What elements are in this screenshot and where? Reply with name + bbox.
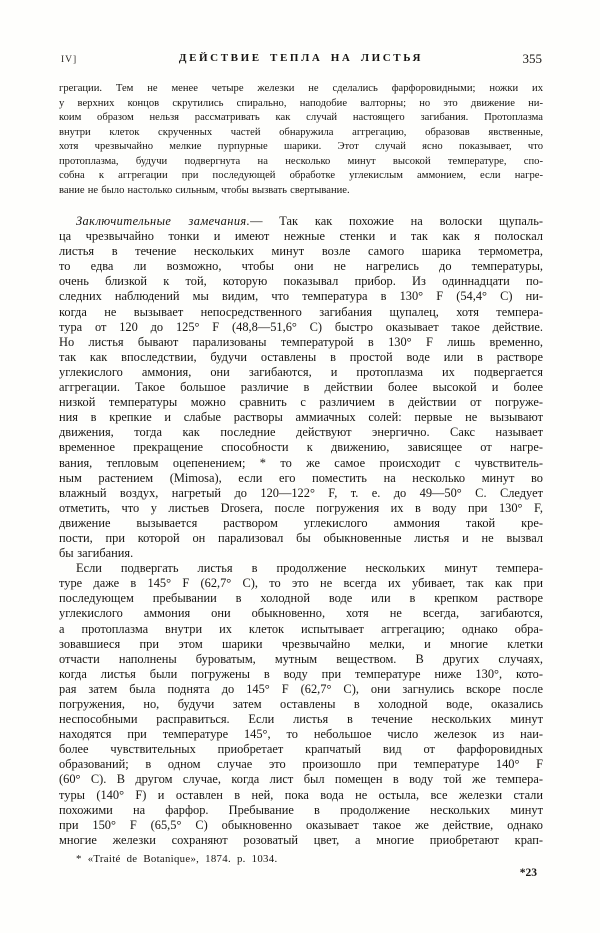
text-line: вание не было настолько сильным, чтобы в… (59, 184, 543, 199)
text-line: низкой температуры можно сравнить с разл… (59, 395, 543, 410)
text-line: следних наблюдений мы видим, что темпера… (59, 289, 543, 304)
text-line: коим образом нельзя рассматривать как сл… (59, 111, 543, 126)
page-number: 355 (523, 51, 543, 67)
text-line: движение вызывается раствором углекислог… (59, 516, 543, 531)
text-line: у верхних концов скрутились спирально, н… (59, 97, 543, 112)
text-line: Если подвергать листья в продолжение нес… (59, 561, 543, 576)
page-header: IV] ДЕЙСТВИЕ ТЕПЛА НА ЛИСТЬЯ 355 (59, 52, 543, 68)
text-line: ния в крепкие и слабые растворы аммиачны… (59, 410, 543, 425)
text-block: грегации. Тем не менее четыре железки не… (59, 82, 543, 848)
paragraph: грегации. Тем не менее четыре железки не… (59, 82, 543, 198)
text-line: ца чрезвычайно тонки и имеют нежные стен… (59, 229, 543, 244)
text-line: рая затем была поднята до 145° F (62,7° … (59, 682, 543, 697)
text-line: протоплазма, будучи подвергнута на неско… (59, 155, 543, 170)
text-line: хотя чрезвычайно мелкие пурпурные шарики… (59, 140, 543, 155)
text-line: когда листья были погружены в воду при т… (59, 667, 543, 682)
text-line: листья в течение нескольких минут возле … (59, 244, 543, 259)
text-line: находятся при температуре 145°, то небол… (59, 727, 543, 742)
text-line: внутри клеток скрученных частей обнаружи… (59, 126, 543, 141)
text-line: туры (140° F) и оставлен в ней, пока вод… (59, 788, 543, 803)
text-line: аггрегации. Такое большое различие в дей… (59, 380, 543, 395)
signature-mark: *23 (520, 867, 537, 879)
text-line: (60° C). В другом случае, когда лист был… (59, 772, 543, 787)
text-line: отметить, что у листьев Drosera, после п… (59, 501, 543, 516)
text-line: бы загибания. (59, 546, 543, 561)
text-line: неспособными расправиться. Если листья в… (59, 712, 543, 727)
text-line: собна к аггрегации при последующей обраб… (59, 169, 543, 184)
text-line: Заключительные замечания.— Так как похож… (59, 214, 543, 229)
text-line: углекислого аммония они обыкновенно, хот… (59, 606, 543, 621)
text-line: так как впоследствии, будучи оставлены в… (59, 350, 543, 365)
paragraph: Если подвергать листья в продолжение нес… (59, 561, 543, 848)
text-line: Но листья бывают парализованы температур… (59, 335, 543, 350)
text-line: пости, при которой он парализовал бы обы… (59, 531, 543, 546)
text-line: временное прекращение способности к движ… (59, 440, 543, 455)
text-line: когда не вызывает непосредственного заги… (59, 305, 543, 320)
paragraph: Заключительные замечания.— Так как похож… (59, 214, 543, 561)
footnote: * «Traité de Botanique», 1874. p. 1034. (76, 853, 277, 865)
text-line: то едва ли возможно, чтобы они не нагрел… (59, 259, 543, 274)
text-line: последующем пребывании в холодной воде и… (59, 591, 543, 606)
text-line: отчасти наполнены буроватым, мутным веще… (59, 652, 543, 667)
text-line: очень близкой к той, которую показывал п… (59, 274, 543, 289)
text-line: влажный воздух, нагретый до 120—122° F, … (59, 486, 543, 501)
text-line: вания, тепловым оцепенением; * то же сам… (59, 456, 543, 471)
text-line: движения, тогда как последние действуют … (59, 425, 543, 440)
text-line: образований; в одном случае это произошл… (59, 757, 543, 772)
text-line: похожими на фарфор. Пребывание в продолж… (59, 803, 543, 818)
text-line: а протоплазма внутри их клеток испытывае… (59, 622, 543, 637)
text-line: углекислого аммония, они загибаются, и п… (59, 365, 543, 380)
book-page: IV] ДЕЙСТВИЕ ТЕПЛА НА ЛИСТЬЯ 355 грегаци… (0, 0, 600, 933)
text-line: грегации. Тем не менее четыре железки не… (59, 82, 543, 97)
text-line: зовавшиеся при этом шарики чрезвычайно м… (59, 637, 543, 652)
text-line: более чувствительных приобретает крапчат… (59, 742, 543, 757)
text-line: многие железки сохраняют розоватый цвет,… (59, 833, 543, 848)
text-line: тура от 120 до 125° F (48,8—51,6° C) быс… (59, 320, 543, 335)
text-line: при 150° F (65,5° C) обыкновенно оказыва… (59, 818, 543, 833)
text-line: погружения, но, будучи затем оставлены в… (59, 697, 543, 712)
text-line: туре даже в 145° F (62,7° C), то это не … (59, 576, 543, 591)
paragraph-lead-italic: Заключительные замечания. (76, 214, 250, 228)
text-line: ным растением (Mimosa), если его помести… (59, 471, 543, 486)
running-title: ДЕЙСТВИЕ ТЕПЛА НА ЛИСТЬЯ (59, 52, 543, 64)
